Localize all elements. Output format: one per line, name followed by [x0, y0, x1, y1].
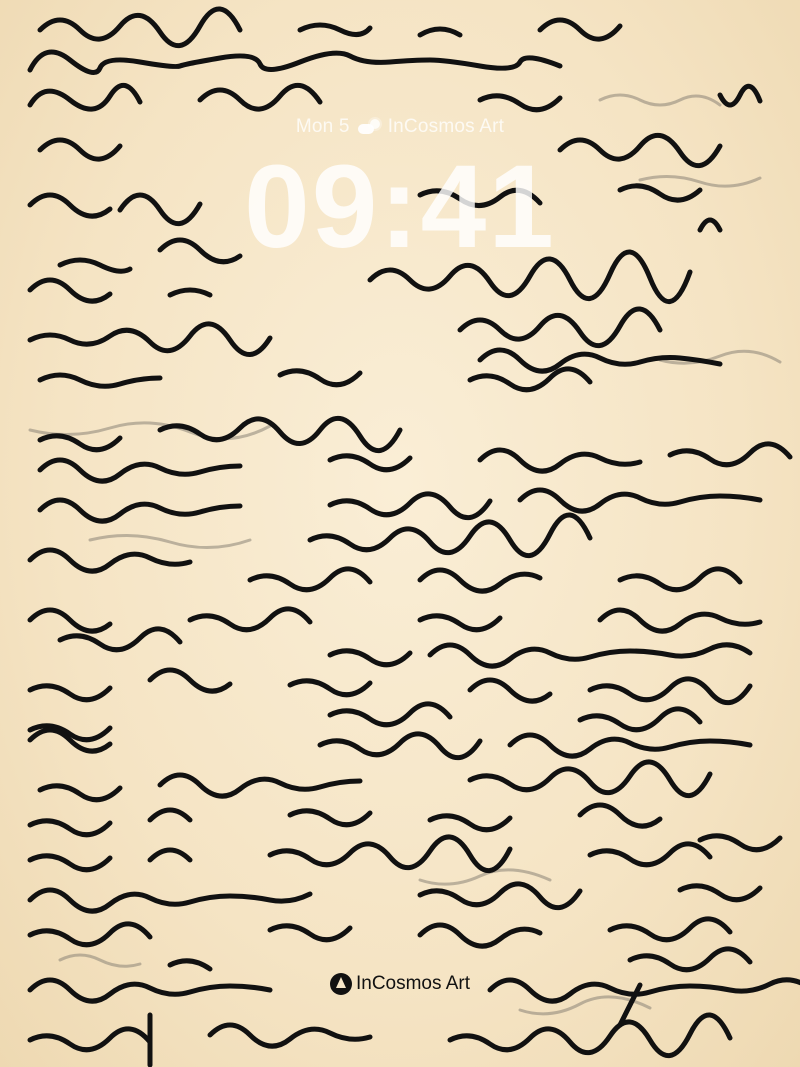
lockscreen-clock[interactable]: 09:41	[0, 148, 800, 266]
date-label: Mon 5	[296, 116, 350, 138]
watermark-label: InCosmos Art	[356, 973, 470, 995]
widget-label: InCosmos Art	[388, 116, 504, 138]
incosmos-logo-icon	[330, 973, 352, 995]
lockscreen-date-widget[interactable]: Mon 5 InCosmos Art	[0, 116, 800, 138]
watermark: InCosmos Art	[0, 973, 800, 995]
partly-sunny-icon	[356, 118, 382, 136]
